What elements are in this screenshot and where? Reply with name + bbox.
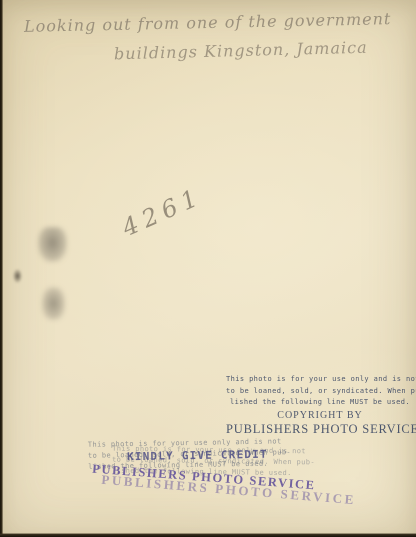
handwritten-caption-line2: buildings Kingston, Jamaica bbox=[114, 38, 368, 64]
handwritten-caption-line1: Looking out from one of the government bbox=[24, 9, 392, 36]
smudge-mark-large bbox=[38, 227, 67, 262]
handwritten-number: 4261 bbox=[118, 182, 207, 242]
smudge-mark-small bbox=[13, 269, 22, 283]
photo-back-scan: Looking out from one of the government b… bbox=[0, 0, 416, 537]
kindly-give-credit-stamp: KINDLY GIVE CREDIT bbox=[127, 448, 268, 463]
bottom-edge-shadow bbox=[0, 533, 416, 537]
notice-line-3: lished the following line MUST be used. bbox=[226, 397, 414, 409]
smudge-mark-lower bbox=[42, 287, 65, 320]
notice-line-1: This photo is for your use only and is n… bbox=[226, 374, 414, 386]
agency-name-line: PUBLISHERS PHOTO SERVICE bbox=[226, 422, 414, 436]
left-edge-shadow bbox=[0, 0, 3, 537]
copyright-notice-block: This photo is for your use only and is n… bbox=[226, 374, 414, 436]
copyright-by-line: COPYRIGHT BY bbox=[226, 410, 414, 422]
notice-line-2: to be loaned, sold, or syndicated. When … bbox=[226, 386, 414, 398]
